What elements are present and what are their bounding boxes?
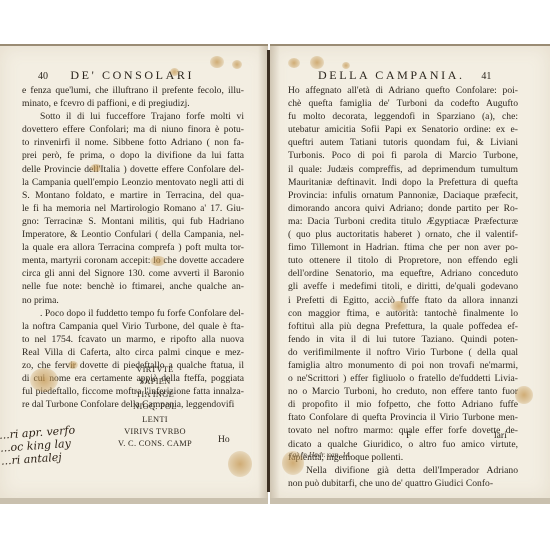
foxing-stain [342, 62, 350, 69]
text-line: dell'ordine Senatorio, ma equeftre, Adri… [288, 267, 518, 280]
inscription-line: NIOQ. POL [95, 401, 215, 413]
text-line: minato, e fcevro di paffioni, e di pregi… [22, 97, 244, 110]
foxing-stain [210, 56, 224, 68]
handwritten-marginal-note: ...ri apr. verfo...oc king lay...ri anta… [0, 423, 81, 467]
text-line: prei però, fe prima, o dopo la divifione… [22, 149, 244, 162]
text-line: tuto ottenere il titolo di Propretore, n… [288, 254, 518, 267]
running-head-right: DELLA CAMPANIA. 41 [318, 68, 491, 83]
inscription-line: VIRTVTE [95, 364, 215, 376]
text-line: nelle fue note: benchè io ftimarei, anch… [22, 280, 244, 293]
inscription-line: SAPIEN [95, 376, 215, 388]
text-line: to nel 1754. fcavato un marmo, e ripofto… [22, 333, 244, 346]
text-line: queftri autem Tatiani tutoris quondam fu… [288, 136, 518, 149]
foxing-stain [310, 56, 324, 69]
text-line: chè quefta famiglia de' Turboni da codef… [288, 97, 518, 110]
text-line: dicato a qualche Giuridico, o altro fuo … [288, 438, 518, 451]
text-line: Provincia: infulis ornatum Pannoniæ, Dac… [288, 189, 518, 202]
foxing-stain [150, 256, 166, 266]
page-number-left: 40 [38, 71, 48, 82]
right-body-text: Ho affegnato all'età di Adriano quefto C… [288, 84, 518, 490]
foxing-stain [515, 386, 533, 404]
foxing-stain [90, 164, 102, 172]
catchword-right: lari [494, 430, 507, 441]
text-line: delle Provincie dell'Italia ) dovette ef… [22, 163, 244, 176]
text-line: no o Marcio Turboni, ho creduto, non eff… [288, 385, 518, 398]
text-line: la quale era allora Terracina comprefa )… [22, 241, 244, 254]
inscription-line: VIRIVS TVRBO [95, 426, 215, 438]
text-line: to rinvenirfi il nome. Sibbene fotto Adr… [22, 136, 244, 149]
text-line: Ho affegnato all'età di Adriano quefto C… [288, 84, 518, 97]
text-line: Nella divifione già detta dell'Imperador… [288, 464, 518, 477]
text-line: gli aveffe i medefimi titoli, e diritti,… [288, 280, 518, 293]
text-line: ftato Confolare di quefta Provincia il V… [288, 411, 518, 424]
running-title-right: DELLA CAMPANIA. [318, 68, 465, 82]
text-line: fu molto decorata, leggendofi in Sparzia… [288, 110, 518, 123]
text-line: S. Montano foldato, e martire in Terraci… [22, 189, 244, 202]
text-line: famiglia altro monumento di poi non trov… [288, 359, 518, 372]
text-line: foftituì alla più degna Prefettura, la q… [288, 320, 518, 333]
foxing-stain [232, 60, 242, 69]
foxing-stain [30, 368, 58, 392]
text-line: Turbonis. Poco di poi fi parola di Marci… [288, 149, 518, 162]
text-line: dovettero effere Confolari; ma di niuno … [22, 123, 244, 136]
left-page: 40 DE' CONSOLARI e fenza que'lumi, che i… [0, 44, 268, 504]
foxing-stain [68, 361, 78, 369]
text-line: no prima. [22, 294, 244, 307]
text-line: dimorando ancora quivi Adriano; donde pa… [288, 202, 518, 215]
text-line: le fi ha memoria nel Martirologio Romano… [22, 202, 244, 215]
page-number-right: 41 [481, 71, 491, 82]
text-line: il quale: Judæis compreffis, ad deprimen… [288, 163, 518, 176]
catchword-left: Ho [218, 434, 230, 445]
inscription-line: V. C. CONS. CAMP [95, 438, 215, 450]
text-line: ( quo plus auctoritatis haberet ) ornato… [288, 228, 518, 241]
text-line: Sotto il di lui fucceffore Trajano forfe… [22, 110, 244, 123]
text-line: . Poco dopo il fuddetto tempo fu forfe C… [22, 307, 244, 320]
text-line: ma: Dacia Turboni credita titulo Ægyptia… [288, 215, 518, 228]
inscription-line: LENTI [95, 414, 215, 426]
signature-mark: F [406, 430, 411, 441]
left-body-text: e fenza que'lumi, che illuftrano il pref… [22, 84, 244, 411]
foxing-stain [170, 68, 179, 76]
text-line: Mauritaniæ deftinavit. Indi dopo la Pref… [288, 176, 518, 189]
right-page: DELLA CAMPANIA. 41 Ho affegnato all'età … [270, 44, 550, 504]
text-line: la Campania quell'empio Leonzio mentovat… [22, 176, 244, 189]
foxing-stain [288, 58, 300, 68]
text-line: di propofito il mio fofpetto, che fotto … [288, 398, 518, 411]
text-line: do verifimilmente il noftro Virio Turbon… [288, 346, 518, 359]
text-line: tovato nel noftro marmo: quale effer for… [288, 424, 518, 437]
text-line: fimo Tillemont in Hadrian. ftima che per… [288, 241, 518, 254]
open-book: 40 DE' CONSOLARI e fenza que'lumi, che i… [0, 0, 550, 550]
text-line: Real Villa di Caferta, alto circa palmi … [22, 346, 244, 359]
text-line: Imperatore, & Leontio Confulari ( della … [22, 228, 244, 241]
latin-inscription: VIRTVTESAPIENTIA INGENIOQ. POLLENTIVIRIV… [95, 364, 215, 451]
text-line: menta, martyrii coronam accepit: lo che … [22, 254, 244, 267]
foxing-stain [228, 451, 252, 477]
text-line: gno: Terracinæ S. Montani militis, qui f… [22, 215, 244, 228]
inscription-line: TIA INGE [95, 389, 215, 401]
foxing-stain [390, 301, 408, 311]
text-line: fendo in vita il di lui tutore Taziano. … [288, 333, 518, 346]
text-line: e fenza que'lumi, che illuftrano il pref… [22, 84, 244, 97]
text-line: la noftra Campania quel Virio Turbone, d… [22, 320, 244, 333]
text-line: utebatur amicitia Sofii Papi ex Senatori… [288, 123, 518, 136]
text-line: o ne'Scrittori ) effer figliuolo o frate… [288, 372, 518, 385]
text-line: circa gli anni del Signore 130. come avv… [22, 267, 244, 280]
text-line: non può dubitarfi, che uno de' quattro G… [288, 477, 518, 490]
foxing-stain [282, 451, 304, 475]
